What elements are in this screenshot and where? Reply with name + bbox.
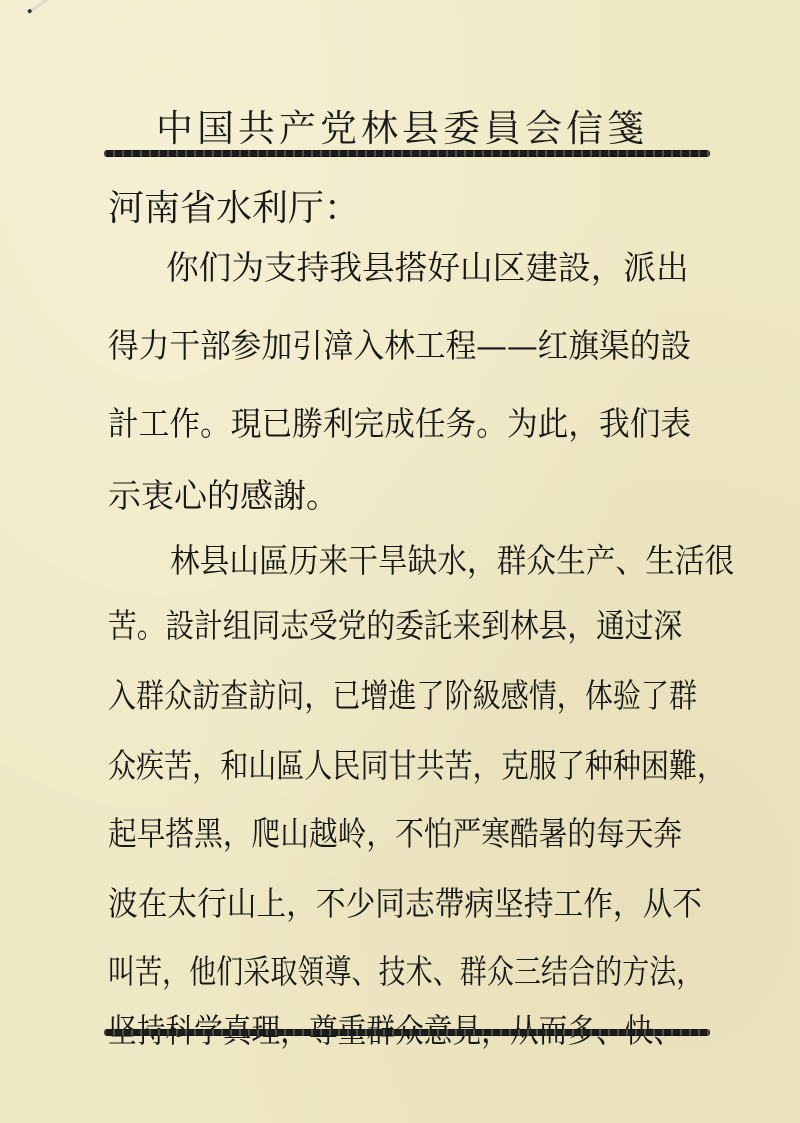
letterhead-rule-top bbox=[104, 150, 710, 157]
body-line-11: 叫苦，他们采取領導、技术、群众三结合的方法， bbox=[108, 946, 703, 993]
body-line-4: 示衷心的感謝。 bbox=[108, 470, 339, 517]
body-line-6: 苦。設計组同志受党的委託来到林县，通过深 bbox=[108, 600, 682, 647]
body-line-9: 起早搭黑，爬山越岭，不怕严寒酷暑的每天奔 bbox=[108, 808, 682, 855]
body-line-8: 众疾苦，和山區人民同甘共苦，克服了种种困難， bbox=[108, 740, 725, 787]
body-line-3: 計工作。現已勝利完成任务。为此，我们表 bbox=[108, 398, 691, 445]
body-line-2: 得力干部参加引漳入林工程——红旗渠的設 bbox=[108, 320, 691, 367]
letterhead-title: 中国共产党林县委員会信箋 bbox=[122, 98, 682, 152]
salutation: 河南省水利厅： bbox=[108, 180, 360, 231]
body-line-7: 入群众訪查訪问，已增進了阶級感情，体验了群 bbox=[108, 670, 697, 717]
body-line-5: 林县山區历来干旱缺水，群众生产、生活很 bbox=[170, 535, 734, 582]
footer-rule bbox=[104, 1029, 710, 1036]
body-line-10: 波在太行山上，不少同志帶病坚持工作，从不 bbox=[108, 878, 702, 925]
body-line-1: 你们为支持我县搭好山区建設，派出 bbox=[166, 242, 689, 289]
